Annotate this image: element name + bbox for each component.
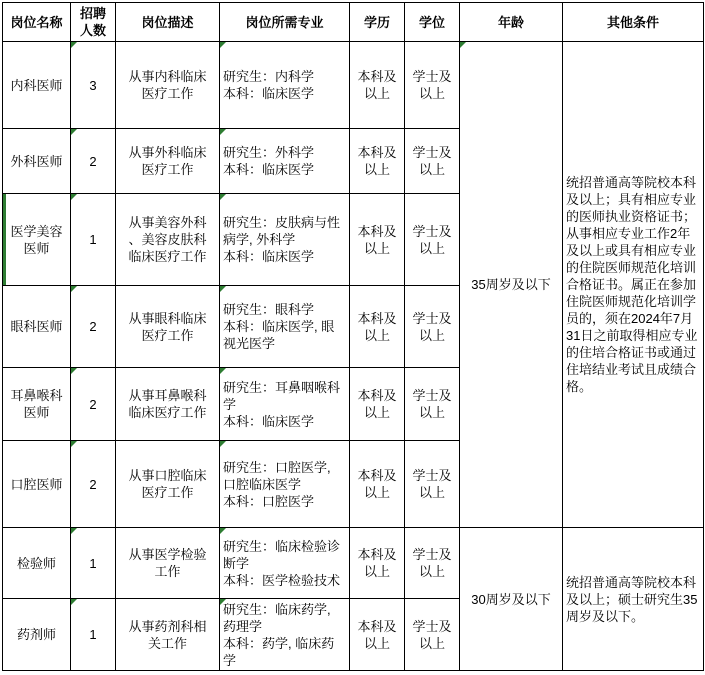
position-name-value: 医学美容医师 [10,224,62,256]
cell-flag-triangle-icon [220,286,226,292]
col-header-degree: 学位 [405,3,460,42]
age-value: 35周岁及以下 [471,277,550,292]
position-name-cell: 内科医师 [3,42,71,129]
education-cell: 本科及 以上 [350,599,405,671]
col-header-recruit-count: 招聘 人数 [71,3,116,42]
required-majors-value: 研究生：眼科学 本科：临床医学, 眼视光医学 [223,302,334,351]
col-header-required-majors: 岗位所需专业 [220,3,350,42]
recruit-count-value: 3 [89,78,96,93]
table-row-lab-technician: 检验师 1 从事医学检验 工作 研究生：临床检验诊断学 本科：医学检验技术 本科… [3,528,704,599]
recruit-count-value: 2 [89,397,96,412]
required-majors-value: 研究生：内科学 本科：临床医学 [223,69,314,101]
required-majors-cell: 研究生：外科学 本科：临床医学 [220,129,350,194]
required-majors-cell: 研究生：口腔医学, 口腔临床医学 本科：口腔医学 [220,441,350,528]
recruit-count-cell: 1 [71,599,116,671]
position-name-cell: 检验师 [3,528,71,599]
position-name-cell: 医学美容医师 [3,194,71,286]
cell-flag-triangle-icon [71,286,77,292]
col-header-education: 学历 [350,3,405,42]
recruit-count-cell: 2 [71,441,116,528]
job-description-cell: 从事美容外科 、美容皮肤科 临床医疗工作 [116,194,220,286]
cell-flag-triangle-icon [71,441,77,447]
col-header-age: 年龄 [460,3,563,42]
required-majors-value: 研究生：外科学 本科：临床医学 [223,145,314,177]
required-majors-cell: 研究生：眼科学 本科：临床医学, 眼视光医学 [220,286,350,368]
education-cell: 本科及 以上 [350,368,405,441]
recruit-count-cell: 3 [71,42,116,129]
cell-flag-triangle-icon [220,528,226,534]
required-majors-cell: 研究生：临床药学, 药理学 本科：药学, 临床药学 [220,599,350,671]
degree-cell: 学士及 以上 [405,194,460,286]
cell-flag-triangle-icon [71,599,77,605]
col-header-other-conditions: 其他条件 [563,3,704,42]
recruit-count-value: 1 [89,232,96,247]
required-majors-value: 研究生：耳鼻咽喉科学 本科：临床医学 [223,380,340,429]
cell-flag-triangle-icon [220,441,226,447]
cell-flag-triangle-icon [71,194,77,200]
job-description-cell: 从事药剂科相 关工作 [116,599,220,671]
recruit-count-cell: 1 [71,528,116,599]
cell-flag-triangle-icon [71,129,77,135]
col-header-position-name: 岗位名称 [3,3,71,42]
education-cell: 本科及 以上 [350,528,405,599]
required-majors-value: 研究生：临床药学, 药理学 本科：药学, 临床药学 [223,602,334,668]
job-description-cell: 从事口腔临床 医疗工作 [116,441,220,528]
degree-cell: 学士及 以上 [405,441,460,528]
required-majors-cell: 研究生：皮肤病与性病学, 外科学 本科：临床医学 [220,194,350,286]
header-row: 岗位名称 招聘 人数 岗位描述 岗位所需专业 学历 学位 年龄 其他条件 [3,3,704,42]
position-name-cell: 耳鼻喉科医师 [3,368,71,441]
job-description-cell: 从事医学检验 工作 [116,528,220,599]
recruit-count-value: 1 [89,627,96,642]
table-row-internal-medicine: 内科医师 3 从事内科临床 医疗工作 研究生：内科学 本科：临床医学 本科及 以… [3,42,704,129]
job-description-cell: 从事内科临床 医疗工作 [116,42,220,129]
cell-flag-triangle-icon [220,368,226,374]
education-cell: 本科及 以上 [350,441,405,528]
recruit-count-cell: 2 [71,129,116,194]
cell-flag-triangle-icon [71,528,77,534]
age-cell-group-2: 30周岁及以下 [460,528,563,671]
degree-cell: 学士及 以上 [405,528,460,599]
position-name-cell: 眼科医师 [3,286,71,368]
recruit-count-value: 2 [89,154,96,169]
cell-flag-triangle-icon [71,368,77,374]
degree-cell: 学士及 以上 [405,368,460,441]
other-conditions-cell-group-2: 统招普通高等院校本科及以上；硕士研究生35周岁及以下。 [563,528,704,671]
job-description-cell: 从事外科临床 医疗工作 [116,129,220,194]
required-majors-cell: 研究生：临床检验诊断学 本科：医学检验技术 [220,528,350,599]
required-majors-value: 研究生：口腔医学, 口腔临床医学 本科：口腔医学 [223,460,331,509]
required-majors-value: 研究生：临床检验诊断学 本科：医学检验技术 [223,539,340,588]
job-description-cell: 从事耳鼻喉科 临床医疗工作 [116,368,220,441]
recruitment-table: 岗位名称 招聘 人数 岗位描述 岗位所需专业 学历 学位 年龄 其他条件 内科医… [2,2,704,671]
job-description-cell: 从事眼科临床 医疗工作 [116,286,220,368]
row-marker-green-bar [3,194,6,285]
cell-flag-triangle-icon [220,42,226,48]
position-name-cell: 外科医师 [3,129,71,194]
degree-cell: 学士及 以上 [405,599,460,671]
recruit-count-cell: 2 [71,368,116,441]
education-cell: 本科及 以上 [350,129,405,194]
cell-flag-triangle-icon [71,42,77,48]
recruit-count-value: 2 [89,477,96,492]
education-cell: 本科及 以上 [350,42,405,129]
recruit-count-value: 2 [89,319,96,334]
required-majors-value: 研究生：皮肤病与性病学, 外科学 本科：临床医学 [223,215,340,264]
education-cell: 本科及 以上 [350,286,405,368]
required-majors-cell: 研究生：耳鼻咽喉科学 本科：临床医学 [220,368,350,441]
recruit-count-value: 1 [89,556,96,571]
degree-cell: 学士及 以上 [405,42,460,129]
recruit-count-cell: 1 [71,194,116,286]
other-conditions-cell-group-1: 统招普通高等院校本科及以上；具有相应专业的医师执业资格证书；从事相应专业工作2年… [563,42,704,528]
recruit-count-cell: 2 [71,286,116,368]
col-header-job-description: 岗位描述 [116,3,220,42]
degree-cell: 学士及 以上 [405,129,460,194]
cell-flag-triangle-icon [220,129,226,135]
position-name-cell: 药剂师 [3,599,71,671]
age-cell-group-1: 35周岁及以下 [460,42,563,528]
position-name-cell: 口腔医师 [3,441,71,528]
required-majors-cell: 研究生：内科学 本科：临床医学 [220,42,350,129]
cell-flag-triangle-icon [460,42,466,48]
cell-flag-triangle-icon [220,194,226,200]
degree-cell: 学士及 以上 [405,286,460,368]
education-cell: 本科及 以上 [350,194,405,286]
cell-flag-triangle-icon [220,599,226,605]
